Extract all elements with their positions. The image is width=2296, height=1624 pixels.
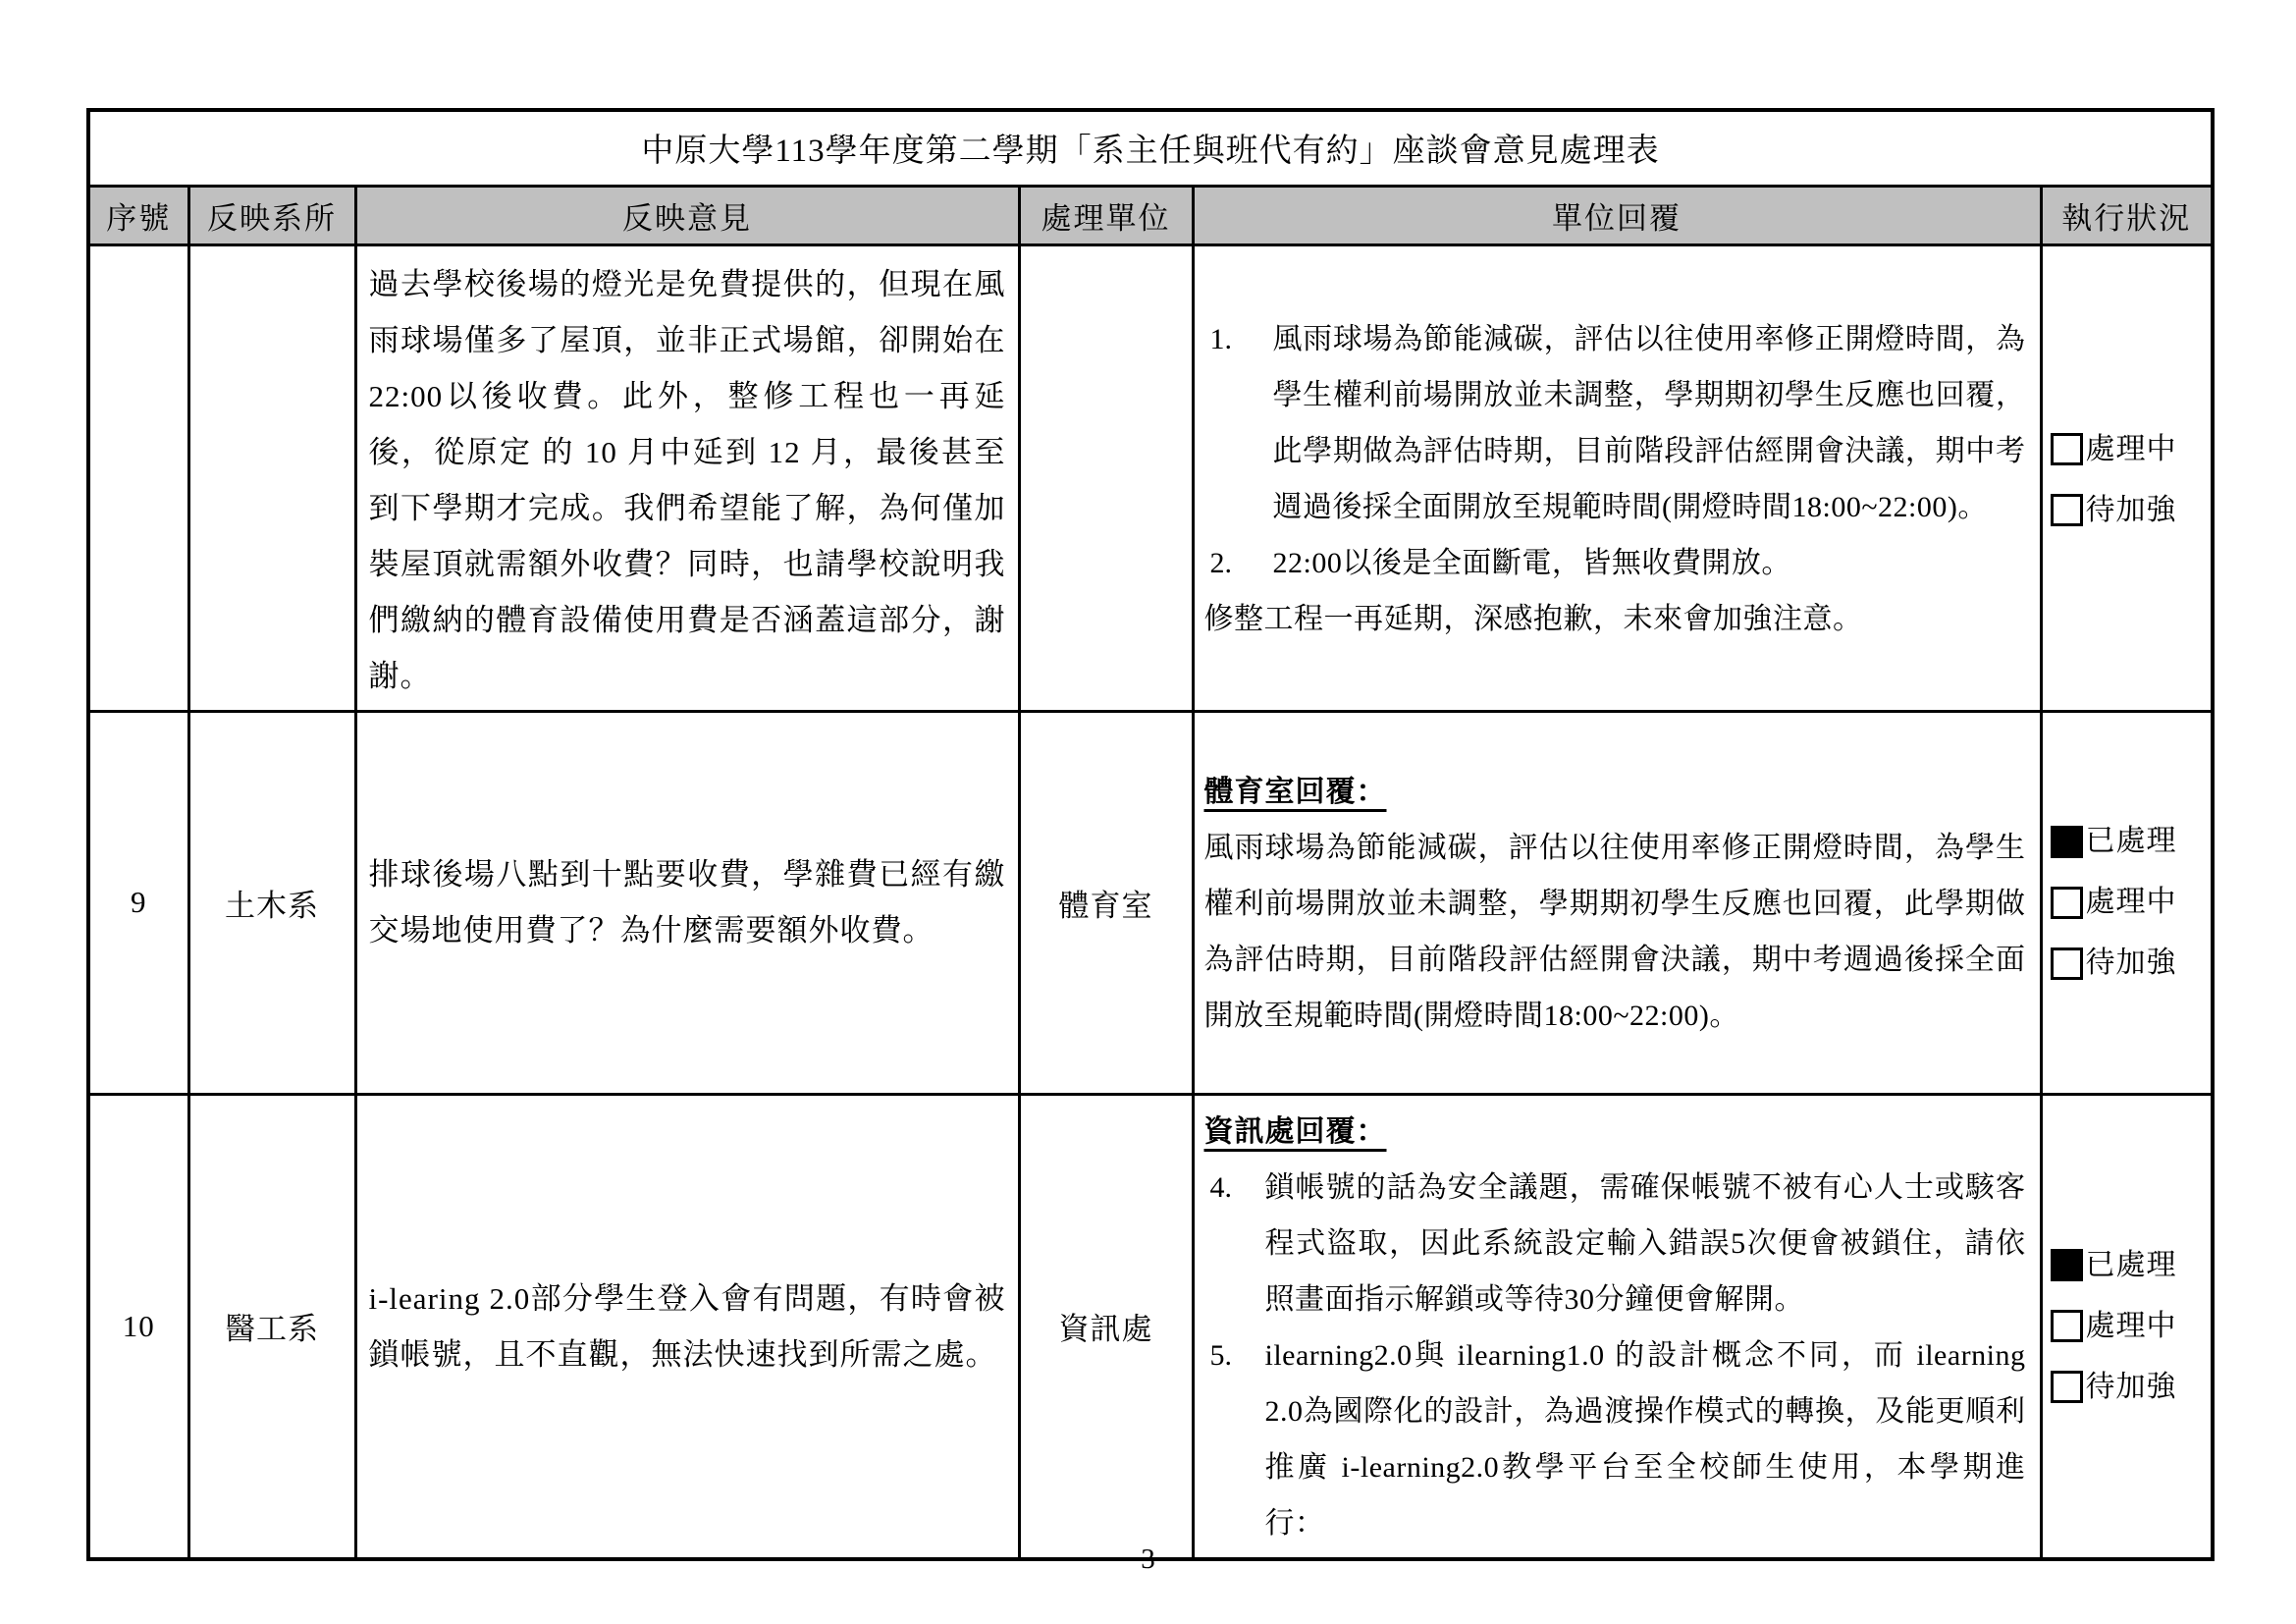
status-label: 已處理 <box>2086 824 2177 859</box>
unit-cell: 體育室 <box>1019 711 1193 1094</box>
reply-item: 1. 風雨球場為節能減碳，評估以往使用率修正開燈時間，為學生權利前場開放並未調整… <box>1204 311 2026 535</box>
dept-cell <box>188 244 355 711</box>
header-dept: 反映系所 <box>188 186 355 244</box>
reply-cell: 體育室回覆： 風雨球場為節能減碳，評估以往使用率修正開燈時間，為學生權利前場開放… <box>1193 711 2041 1094</box>
reply-heading: 體育室回覆： <box>1204 764 2026 820</box>
status-label: 待加強 <box>2086 946 2177 981</box>
checkbox-icon[interactable] <box>2051 494 2083 526</box>
reply-item-number: 4. <box>1204 1160 1265 1327</box>
checkbox-icon[interactable] <box>2051 1249 2083 1281</box>
unit-cell: 資訊處 <box>1019 1094 1193 1559</box>
checkbox-icon[interactable] <box>2051 887 2083 919</box>
status-label: 處理中 <box>2086 885 2177 920</box>
status-cell: 已處理 處理中 待加強 <box>2041 711 2213 1094</box>
status-option: 已處理 <box>2051 1248 2206 1283</box>
reply-item-number: 1. <box>1204 311 1273 535</box>
status-option: 待加強 <box>2051 946 2206 981</box>
table-title: 中原大學113學年度第二學期「系主任與班代有約」座談會意見處理表 <box>88 110 2213 186</box>
header-reply: 單位回覆 <box>1193 186 2041 244</box>
status-label: 已處理 <box>2086 1248 2177 1283</box>
checkbox-icon[interactable] <box>2051 1371 2083 1403</box>
header-seq: 序號 <box>88 186 188 244</box>
reply-item-number: 5. <box>1204 1327 1265 1551</box>
checkbox-icon[interactable] <box>2051 947 2083 980</box>
status-label: 待加強 <box>2086 1370 2177 1405</box>
reply-paragraph: 風雨球場為節能減碳，評估以往使用率修正開燈時間，為學生權利前場開放並未調整，學期… <box>1204 820 2026 1044</box>
title-row: 中原大學113學年度第二學期「系主任與班代有約」座談會意見處理表 <box>88 110 2213 186</box>
status-cell: 已處理 處理中 待加強 <box>2041 1094 2213 1559</box>
reply-item: 2. 22:00以後是全面斷電，皆無收費開放。 <box>1204 535 2026 591</box>
opinion-cell: 過去學校後場的燈光是免費提供的，但現在風雨球場僅多了屋頂，並非正式場館，卻開始在… <box>355 244 1019 711</box>
status-option: 處理中 <box>2051 432 2206 467</box>
table-row: 過去學校後場的燈光是免費提供的，但現在風雨球場僅多了屋頂，並非正式場館，卻開始在… <box>88 244 2213 711</box>
opinion-text: 排球後場八點到十點要收費，學雜費已經有繳交場地使用費了？為什麼需要額外收費。 <box>369 846 1006 958</box>
header-unit: 處理單位 <box>1019 186 1193 244</box>
checkbox-icon[interactable] <box>2051 1310 2083 1342</box>
status-option: 處理中 <box>2051 1309 2206 1344</box>
status-label: 待加強 <box>2086 493 2177 528</box>
unit-cell <box>1019 244 1193 711</box>
seq-cell: 10 <box>88 1094 188 1559</box>
checkbox-icon[interactable] <box>2051 826 2083 858</box>
status-option: 待加強 <box>2051 1370 2206 1405</box>
reply-item: 4. 鎖帳號的話為安全議題，需確保帳號不被有心人士或駭客程式盜取，因此系統設定輸… <box>1204 1160 2026 1327</box>
status-option: 已處理 <box>2051 824 2206 859</box>
header-opinion: 反映意見 <box>355 186 1019 244</box>
feedback-table: 中原大學113學年度第二學期「系主任與班代有約」座談會意見處理表 序號 反映系所… <box>86 108 2215 1561</box>
reply-item-text: 風雨球場為節能減碳，評估以往使用率修正開燈時間，為學生權利前場開放並未調整，學期… <box>1273 311 2026 535</box>
header-row: 序號 反映系所 反映意見 處理單位 單位回覆 執行狀況 <box>88 186 2213 244</box>
checkbox-icon[interactable] <box>2051 433 2083 465</box>
seq-cell <box>88 244 188 711</box>
seq-cell: 9 <box>88 711 188 1094</box>
status-option: 處理中 <box>2051 885 2206 920</box>
reply-item-text: ilearning2.0與 ilearning1.0 的設計概念不同，而 ile… <box>1265 1327 2026 1551</box>
status-option: 待加強 <box>2051 493 2206 528</box>
reply-item-text: 22:00以後是全面斷電，皆無收費開放。 <box>1273 535 2026 591</box>
reply-item-text: 鎖帳號的話為安全議題，需確保帳號不被有心人士或駭客程式盜取，因此系統設定輸入錯誤… <box>1265 1160 2026 1327</box>
status-label: 處理中 <box>2086 432 2177 467</box>
reply-cell: 1. 風雨球場為節能減碳，評估以往使用率修正開燈時間，為學生權利前場開放並未調整… <box>1193 244 2041 711</box>
opinion-cell: i-learing 2.0部分學生登入會有問題，有時會被鎖帳號，且不直觀，無法快… <box>355 1094 1019 1559</box>
reply-cell: 資訊處回覆： 4. 鎖帳號的話為安全議題，需確保帳號不被有心人士或駭客程式盜取，… <box>1193 1094 2041 1559</box>
table-row: 9 土木系 排球後場八點到十點要收費，學雜費已經有繳交場地使用費了？為什麼需要額… <box>88 711 2213 1094</box>
page-number: 3 <box>0 1543 2296 1576</box>
reply-footer: 修整工程一再延期，深感抱歉，未來會加強注意。 <box>1204 591 2026 647</box>
opinion-text: i-learing 2.0部分學生登入會有問題，有時會被鎖帳號，且不直觀，無法快… <box>369 1271 1006 1382</box>
reply-item-number: 2. <box>1204 535 1273 591</box>
header-status: 執行狀況 <box>2041 186 2213 244</box>
reply-item: 5. ilearning2.0與 ilearning1.0 的設計概念不同，而 … <box>1204 1327 2026 1551</box>
table-row: 10 醫工系 i-learing 2.0部分學生登入會有問題，有時會被鎖帳號，且… <box>88 1094 2213 1559</box>
opinion-text: 過去學校後場的燈光是免費提供的，但現在風雨球場僅多了屋頂，並非正式場館，卻開始在… <box>369 256 1006 704</box>
reply-heading: 資訊處回覆： <box>1204 1104 2026 1160</box>
status-cell: 處理中 待加強 <box>2041 244 2213 711</box>
dept-cell: 土木系 <box>188 711 355 1094</box>
status-label: 處理中 <box>2086 1309 2177 1344</box>
dept-cell: 醫工系 <box>188 1094 355 1559</box>
document-page: 中原大學113學年度第二學期「系主任與班代有約」座談會意見處理表 序號 反映系所… <box>0 0 2296 1624</box>
opinion-cell: 排球後場八點到十點要收費，學雜費已經有繳交場地使用費了？為什麼需要額外收費。 <box>355 711 1019 1094</box>
